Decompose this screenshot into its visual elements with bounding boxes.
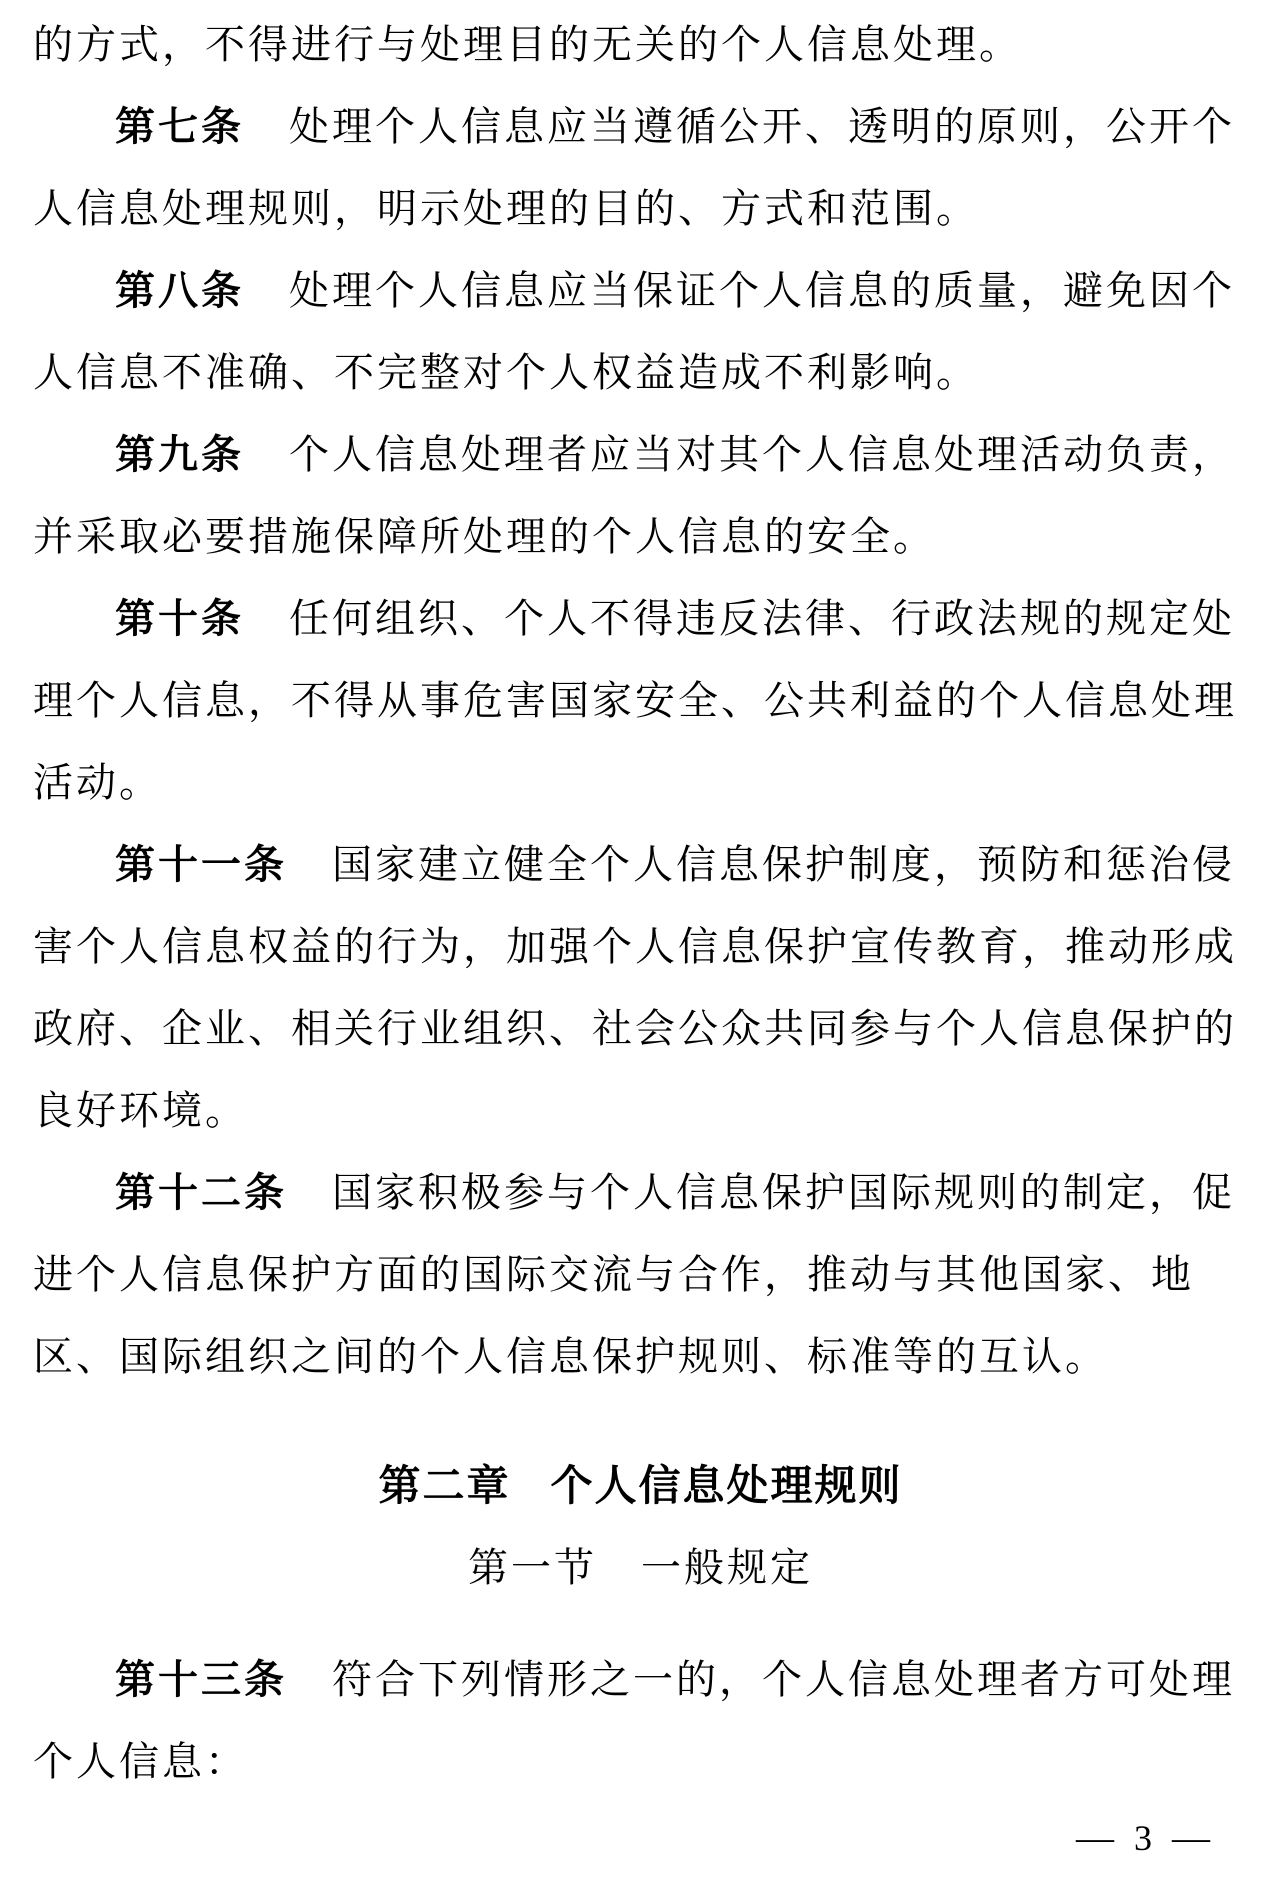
- line-text: 的方式，不得进行与处理目的无关的个人信息处理。: [33, 22, 1022, 68]
- article-opening-line: 第八条处理个人信息应当保证个人信息的质量，避免因个: [33, 250, 1248, 332]
- article-number-label: 第九条: [115, 432, 244, 478]
- body-line: 活动。: [33, 742, 1248, 824]
- line-text: 处理个人信息应当遵循公开、透明的原则，公开个: [289, 104, 1235, 150]
- line-text: 人信息不准确、不完整对个人权益造成不利影响。: [33, 350, 979, 396]
- line-text: 理个人信息，不得从事危害国家安全、公共利益的个人信息处理: [33, 678, 1237, 724]
- body-line: 害个人信息权益的行为，加强个人信息保护宣传教育，推动形成: [33, 906, 1248, 988]
- page-footer: —3—: [1076, 1818, 1210, 1858]
- article-number-label: 第八条: [115, 268, 244, 314]
- footer-left-dash: —: [1076, 1817, 1114, 1859]
- body-line: 个人信息：: [33, 1721, 1248, 1803]
- article-opening-line: 第九条个人信息处理者应当对其个人信息处理活动负责，: [33, 414, 1248, 496]
- page-number: 3: [1134, 1818, 1152, 1858]
- chapter-heading: 第二章个人信息处理规则: [33, 1445, 1248, 1527]
- chapter-number: 第二章: [378, 1461, 510, 1510]
- body-line: 理个人信息，不得从事危害国家安全、公共利益的个人信息处理: [33, 660, 1248, 742]
- line-text: 个人信息处理者应当对其个人信息处理活动负责，: [289, 432, 1235, 478]
- body-line: 人信息处理规则，明示处理的目的、方式和范围。: [33, 168, 1248, 250]
- line-text: 害个人信息权益的行为，加强个人信息保护宣传教育，推动形成: [33, 924, 1237, 970]
- line-text: 良好环境。: [33, 1088, 248, 1134]
- article-opening-line: 第十一条国家建立健全个人信息保护制度，预防和惩治侵: [33, 824, 1248, 906]
- line-text: 任何组织、个人不得违反法律、行政法规的规定处: [289, 596, 1235, 642]
- line-text: 区、国际组织之间的个人信息保护规则、标准等的互认。: [33, 1334, 1108, 1380]
- article-number-label: 第七条: [115, 104, 244, 150]
- article-number-label: 第十一条: [115, 842, 287, 888]
- body-line: 进个人信息保护方面的国际交流与合作，推动与其他国家、地: [33, 1234, 1248, 1316]
- line-text: 符合下列情形之一的，个人信息处理者方可处理: [332, 1657, 1235, 1703]
- article-opening-line: 第十二条国家积极参与个人信息保护国际规则的制定，促: [33, 1152, 1248, 1234]
- line-text: 政府、企业、相关行业组织、社会公众共同参与个人信息保护的: [33, 1006, 1237, 1052]
- article-opening-line: 第十三条符合下列情形之一的，个人信息处理者方可处理: [33, 1639, 1248, 1721]
- line-text: 活动。: [33, 760, 162, 806]
- body-line: 的方式，不得进行与处理目的无关的个人信息处理。: [33, 4, 1248, 86]
- line-text: 一般规定: [641, 1545, 813, 1591]
- footer-right-dash: —: [1172, 1817, 1210, 1859]
- document-body: 的方式，不得进行与处理目的无关的个人信息处理。第七条处理个人信息应当遵循公开、透…: [33, 4, 1248, 1803]
- line-text: 并采取必要措施保障所处理的个人信息的安全。: [33, 514, 936, 560]
- section-number: 第一节: [468, 1545, 597, 1591]
- body-line: 区、国际组织之间的个人信息保护规则、标准等的互认。: [33, 1316, 1248, 1398]
- article-opening-line: 第十条任何组织、个人不得违反法律、行政法规的规定处: [33, 578, 1248, 660]
- article-number-label: 第十条: [115, 596, 244, 642]
- body-line: 并采取必要措施保障所处理的个人信息的安全。: [33, 496, 1248, 578]
- line-text: 个人信息处理规则: [551, 1461, 903, 1510]
- article-opening-line: 第七条处理个人信息应当遵循公开、透明的原则，公开个: [33, 86, 1248, 168]
- line-text: 国家建立健全个人信息保护制度，预防和惩治侵: [332, 842, 1235, 888]
- line-text: 人信息处理规则，明示处理的目的、方式和范围。: [33, 186, 979, 232]
- section-heading: 第一节一般规定: [33, 1527, 1248, 1609]
- body-line: 人信息不准确、不完整对个人权益造成不利影响。: [33, 332, 1248, 414]
- body-line: 良好环境。: [33, 1070, 1248, 1152]
- body-line: 政府、企业、相关行业组织、社会公众共同参与个人信息保护的: [33, 988, 1248, 1070]
- document-page: 的方式，不得进行与处理目的无关的个人信息处理。第七条处理个人信息应当遵循公开、透…: [0, 0, 1278, 1889]
- line-text: 国家积极参与个人信息保护国际规则的制定，促: [332, 1170, 1235, 1216]
- line-text: 处理个人信息应当保证个人信息的质量，避免因个: [289, 268, 1235, 314]
- line-text: 进个人信息保护方面的国际交流与合作，推动与其他国家、地: [33, 1252, 1194, 1298]
- article-number-label: 第十二条: [115, 1170, 287, 1216]
- line-text: 个人信息：: [33, 1739, 248, 1785]
- article-number-label: 第十三条: [115, 1657, 287, 1703]
